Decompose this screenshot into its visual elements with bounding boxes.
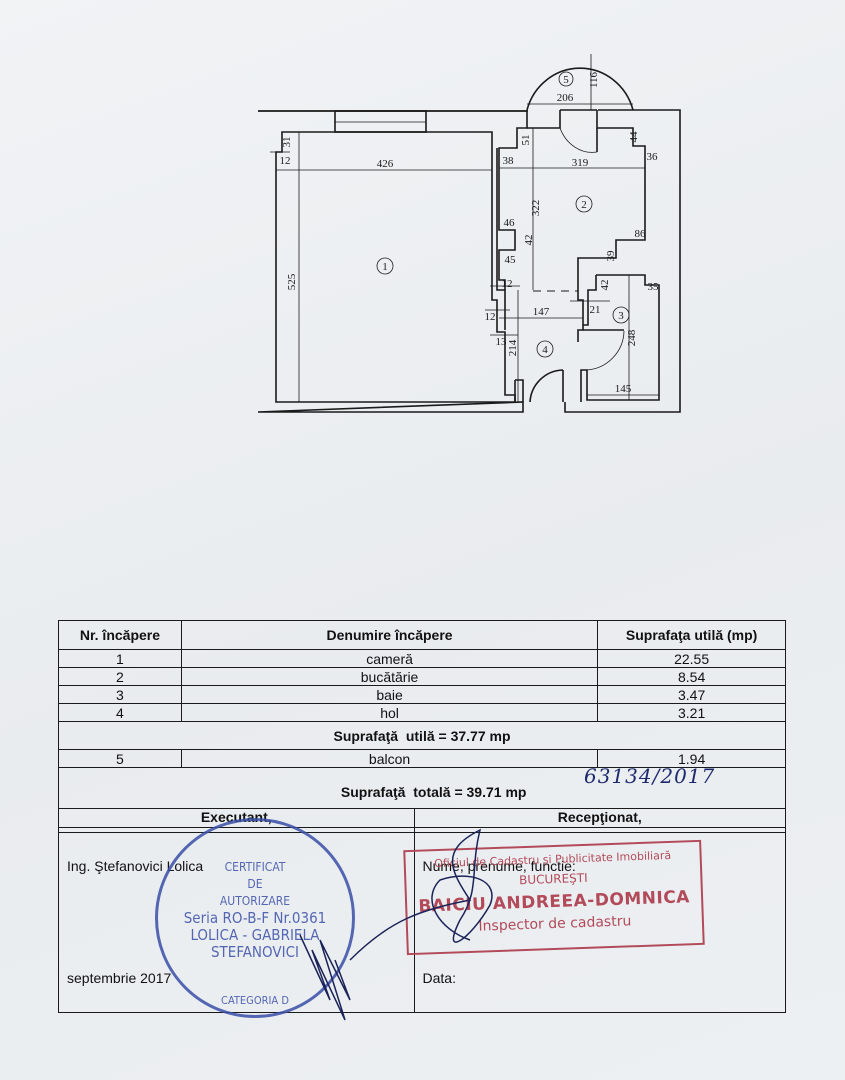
cell-nr: 3: [59, 686, 182, 704]
cell-name: balcon: [181, 750, 597, 768]
room-marker-2: 2: [581, 199, 587, 211]
dim-label: 12: [485, 311, 496, 323]
dim-label: 214: [507, 339, 519, 356]
dim-label: 36: [647, 151, 659, 163]
cell-name: hol: [181, 704, 597, 722]
cell-nr: 4: [59, 704, 182, 722]
receptionat-date-label: Data:: [423, 970, 456, 986]
dim-label: 42: [599, 280, 611, 291]
dim-label: 12: [280, 155, 291, 167]
total-area: Suprafaţă totală = 39.71 mp: [341, 784, 527, 800]
cell-area: 22.55: [598, 650, 786, 668]
useful-area-total: Suprafaţă utilă = 37.77 mp: [59, 722, 786, 750]
cell-area: 3.21: [598, 704, 786, 722]
dim-label: 13: [496, 336, 508, 348]
table-row: 3 baie 3.47: [59, 686, 786, 704]
stamp-line: LOLICA - GABRIELA: [158, 927, 352, 944]
table-row: 4 hol 3.21: [59, 704, 786, 722]
dim-label: 116: [588, 71, 600, 88]
cell-nr: 5: [59, 750, 182, 768]
cell-nr: 1: [59, 650, 182, 668]
dim-label: 145: [615, 383, 632, 395]
dim-label: 12: [502, 278, 513, 290]
table-row: 1 cameră 22.55: [59, 650, 786, 668]
rooms-table: Nr. încăpere Denumire încăpere Suprafaţa…: [58, 620, 786, 833]
dim-label: 426: [377, 158, 394, 170]
header-nr: Nr. încăpere: [59, 621, 182, 650]
useful-area-row: Suprafaţă utilă = 37.77 mp: [59, 722, 786, 750]
executant-date: septembrie 2017: [67, 970, 171, 986]
room-marker-4: 4: [542, 344, 548, 356]
dim-label: 319: [572, 157, 589, 169]
floor-plan: 1 2 3 4 5 426 525 12 31 319 322 51 38 44…: [0, 0, 845, 440]
cell-name: baie: [181, 686, 597, 704]
receptionat-header: Recepţionat,: [414, 809, 786, 828]
dim-label: 39: [605, 250, 617, 262]
dim-label: 35: [648, 281, 660, 293]
cell-name: cameră: [181, 650, 597, 668]
dim-label: 51: [520, 135, 532, 146]
cell-nr: 2: [59, 668, 182, 686]
dim-label: 38: [503, 155, 515, 167]
cell-area: 3.47: [598, 686, 786, 704]
table-row: 2 bucătărie 8.54: [59, 668, 786, 686]
header-name: Denumire încăpere: [181, 621, 597, 650]
dim-label: 21: [590, 304, 601, 316]
cell-name: bucătărie: [181, 668, 597, 686]
room-marker-5: 5: [563, 74, 569, 86]
dim-label: 31: [281, 137, 293, 148]
room-marker-1: 1: [382, 261, 388, 273]
stamp-line: AUTORIZARE: [158, 893, 352, 910]
dim-label: 322: [530, 200, 542, 217]
inspector-stamp: Oficiul de Cadastru şi Publicitate Imobi…: [403, 840, 704, 955]
stamp-line: DE: [158, 876, 352, 893]
dimension-labels: 426 525 12 31 319 322 51 38 44 36 46 42 …: [280, 71, 660, 395]
stamp-category: CATEGORIA D: [158, 994, 352, 1007]
handwritten-reference: 63134/2017: [584, 768, 715, 784]
room-marker-3: 3: [618, 310, 624, 322]
authorization-stamp: CERTIFICAT DE AUTORIZARE Seria RO-B-F Nr…: [155, 818, 355, 1018]
dim-label: 42: [523, 235, 535, 246]
dim-label: 525: [286, 273, 298, 290]
dim-label: 248: [626, 329, 638, 346]
header-area: Suprafaţa utilă (mp): [598, 621, 786, 650]
dim-label: 44: [628, 131, 640, 143]
dim-label: 45: [505, 254, 517, 266]
dim-label: 46: [504, 217, 516, 229]
dim-label: 147: [533, 306, 550, 318]
dim-label: 206: [557, 92, 574, 104]
stamp-line: STEFANOVICI: [158, 944, 352, 961]
dim-label: 86: [635, 228, 647, 240]
stamp-line: CERTIFICAT: [158, 859, 352, 876]
cell-area: 8.54: [598, 668, 786, 686]
stamp-line: Seria RO-B-F Nr.0361: [158, 910, 352, 927]
table-header: Nr. încăpere Denumire încăpere Suprafaţa…: [59, 621, 786, 650]
